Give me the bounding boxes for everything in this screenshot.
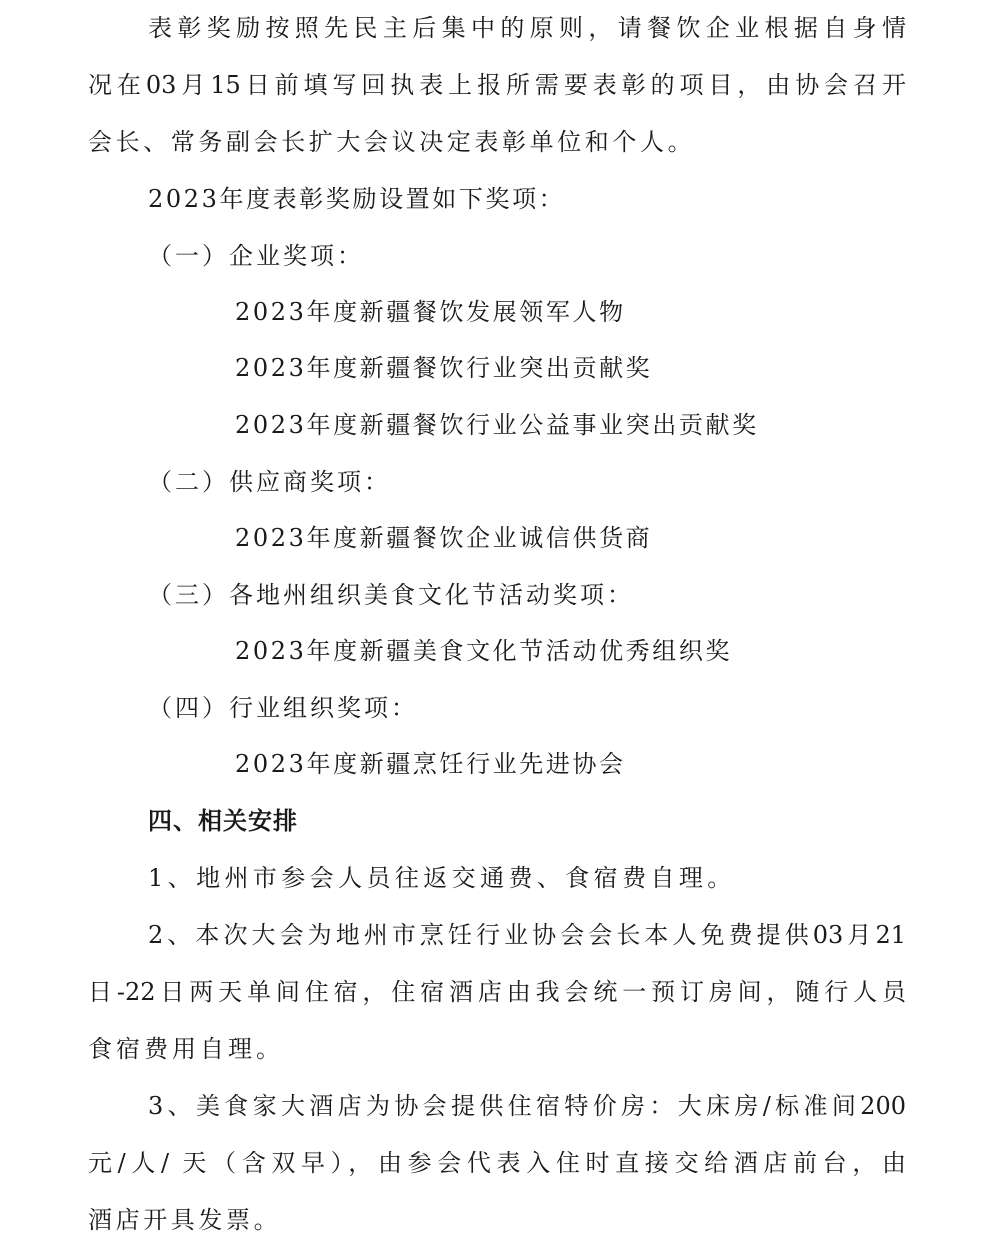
intro-paragraph-line-3: 会长、常务副会长扩大会议决定表彰单位和个人。: [88, 126, 695, 158]
awards-intro: 2023年度表彰奖励设置如下奖项：: [148, 183, 565, 215]
award-item: 2023年度新疆美食文化节活动优秀组织奖: [235, 635, 732, 667]
arrangement-2-line-2: 日-22日两天单间住宿，住宿酒店由我会统一预订房间，随行人员: [88, 976, 906, 1008]
award-category-title-food-festival: （三）各地州组织美食文化节活动奖项：: [148, 579, 634, 611]
arrangement-2-line-3: 食宿费用自理。: [88, 1033, 284, 1065]
award-item: 2023年度新疆烹饪行业先进协会: [235, 748, 626, 780]
section-heading: 四、相关安排: [148, 805, 298, 837]
arrangement-3-line-1: 3、美食家大酒店为协会提供住宿特价房：大床房/标准间200: [148, 1090, 906, 1122]
award-item: 2023年度新疆餐饮发展领军人物: [235, 296, 626, 328]
arrangement-2-line-1: 2、本次大会为地州市烹饪行业协会会长本人免费提供03月21: [148, 919, 906, 951]
arrangement-1-line-1: 1、地州市参会人员往返交通费、食宿费自理。: [148, 862, 736, 894]
arrangement-3-line-2: 元/人/ 天（含双早），由参会代表入住时直接交给酒店前台，由: [88, 1147, 906, 1179]
award-item: 2023年度新疆餐饮企业诚信供货商: [235, 522, 652, 554]
arrangement-3-line-3: 酒店开具发票。: [88, 1204, 281, 1236]
award-category-title-enterprise: （一）企业奖项：: [148, 240, 364, 272]
intro-paragraph-line-1: 表彰奖励按照先民主后集中的原则，请餐饮企业根据自身情: [148, 12, 906, 44]
award-category-title-supplier: （二）供应商奖项：: [148, 466, 391, 498]
award-item: 2023年度新疆餐饮行业公益事业突出贡献奖: [235, 409, 759, 441]
award-category-title-industry-org: （四）行业组织奖项：: [148, 692, 418, 724]
document-page: 表彰奖励按照先民主后集中的原则，请餐饮企业根据自身情 况在03月15日前填写回执…: [0, 0, 999, 1248]
award-item: 2023年度新疆餐饮行业突出贡献奖: [235, 352, 652, 384]
intro-paragraph-line-2: 况在03月15日前填写回执表上报所需要表彰的项目，由协会召开: [88, 69, 906, 101]
